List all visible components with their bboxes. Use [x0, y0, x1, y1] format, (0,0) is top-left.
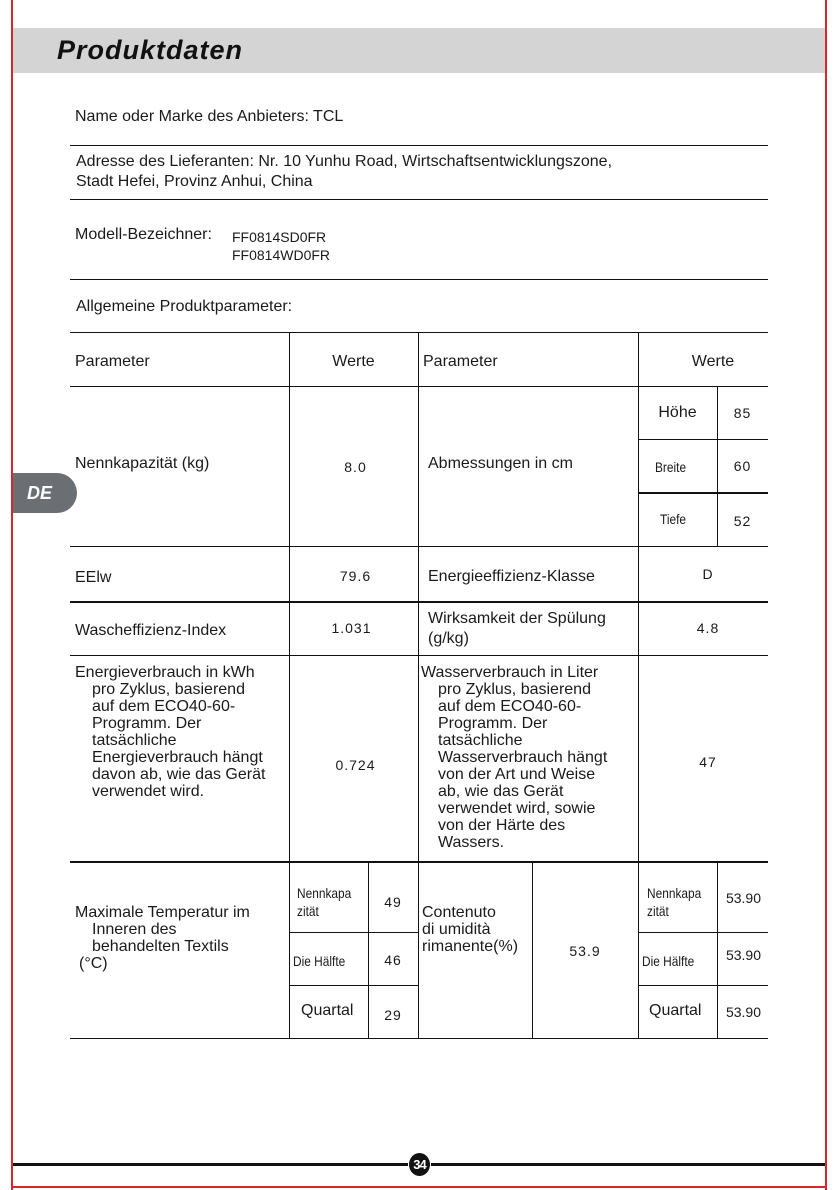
rinse-value: 4.8	[638, 620, 778, 637]
eeiw-value: 79.6	[289, 568, 422, 585]
divider	[70, 145, 768, 146]
footer-rule-right	[431, 1163, 825, 1166]
dimension-depth-label: Tiefe	[660, 510, 686, 528]
dimension-width-value: 60	[717, 458, 768, 475]
water-consumption-value: 47	[638, 754, 778, 771]
energy-consumption-label: Energieverbrauch in kWh pro Zyklus, basi…	[75, 664, 295, 800]
page-title: Produktdaten	[57, 35, 243, 66]
rinse-label-line1: Wirksamkeit der Spülung	[428, 610, 606, 627]
eeiw-label: EElw	[75, 569, 111, 586]
footer-rule-left	[13, 1163, 408, 1166]
rated-capacity-value: 8.0	[289, 459, 422, 476]
temp-quarter-label: Quartal	[301, 1002, 353, 1019]
page-border-left	[11, 0, 13, 1190]
model-id-1: FF0814SD0FR	[232, 228, 326, 246]
moisture-half-value: 53.90	[717, 947, 770, 964]
moisture-rated-value: 53.90	[717, 890, 770, 907]
temp-rated-label: Nennkapa zität	[297, 884, 351, 920]
water-consumption-label: Wasserverbrauch in Liter pro Zyklus, bas…	[421, 664, 641, 851]
header-values-right: Werte	[638, 353, 788, 370]
moisture-quarter-value: 53.90	[717, 1004, 770, 1021]
header-parameter-right: Parameter	[423, 353, 498, 370]
temp-rated-value: 49	[368, 894, 418, 911]
supplier-address-line2: Stadt Hefei, Provinz Anhui, China	[76, 172, 313, 192]
general-params-label: Allgemeine Produktparameter:	[76, 297, 292, 317]
wash-index-label: Wascheffizienz-Index	[75, 622, 226, 639]
energy-class-value: D	[638, 566, 778, 583]
page-number: 34	[409, 1153, 430, 1176]
page-border-bottom	[11, 1186, 827, 1188]
dimension-depth-value: 52	[717, 513, 768, 530]
moisture-rated-label: Nennkapa zität	[647, 884, 701, 920]
model-id-2: FF0814WD0FR	[232, 246, 330, 264]
dimension-height-value: 85	[717, 405, 768, 422]
dimensions-label: Abmessungen in cm	[428, 455, 573, 472]
rated-capacity-label: Nennkapazität (kg)	[75, 455, 209, 472]
divider	[70, 199, 768, 200]
supplier-name: Name oder Marke des Anbieters: TCL	[75, 107, 343, 127]
temp-quarter-value: 29	[368, 1007, 418, 1024]
residual-moisture-value: 53.9	[532, 943, 638, 960]
rinse-label-line2: (g/kg)	[428, 630, 469, 647]
header-parameter-left: Parameter	[75, 353, 150, 370]
wash-index-value: 1.031	[289, 620, 414, 637]
model-label: Modell-Bezeichner:	[75, 225, 212, 245]
divider	[70, 279, 768, 280]
energy-consumption-value: 0.724	[289, 757, 422, 774]
header-values-left: Werte	[289, 353, 418, 370]
language-tab: DE	[13, 473, 77, 513]
moisture-half-label: Die Hälfte	[642, 952, 694, 970]
temp-half-label: Die Hälfte	[293, 952, 345, 970]
energy-class-label: Energieeffizienz-Klasse	[428, 568, 595, 585]
residual-moisture-label: Contenuto di umidità rimanente(%)	[422, 904, 518, 955]
title-bar: Produktdaten	[13, 28, 825, 73]
page-border-right	[825, 0, 827, 1190]
max-temperature-label: Maximale Temperatur im Inneren des behan…	[75, 904, 290, 972]
dimension-height-label: Höhe	[638, 404, 717, 421]
dimension-width-label: Breite	[655, 458, 686, 476]
moisture-quarter-label: Quartal	[649, 1002, 701, 1019]
temp-half-value: 46	[368, 952, 418, 969]
supplier-address-line1: Adresse des Lieferanten: Nr. 10 Yunhu Ro…	[76, 152, 612, 172]
